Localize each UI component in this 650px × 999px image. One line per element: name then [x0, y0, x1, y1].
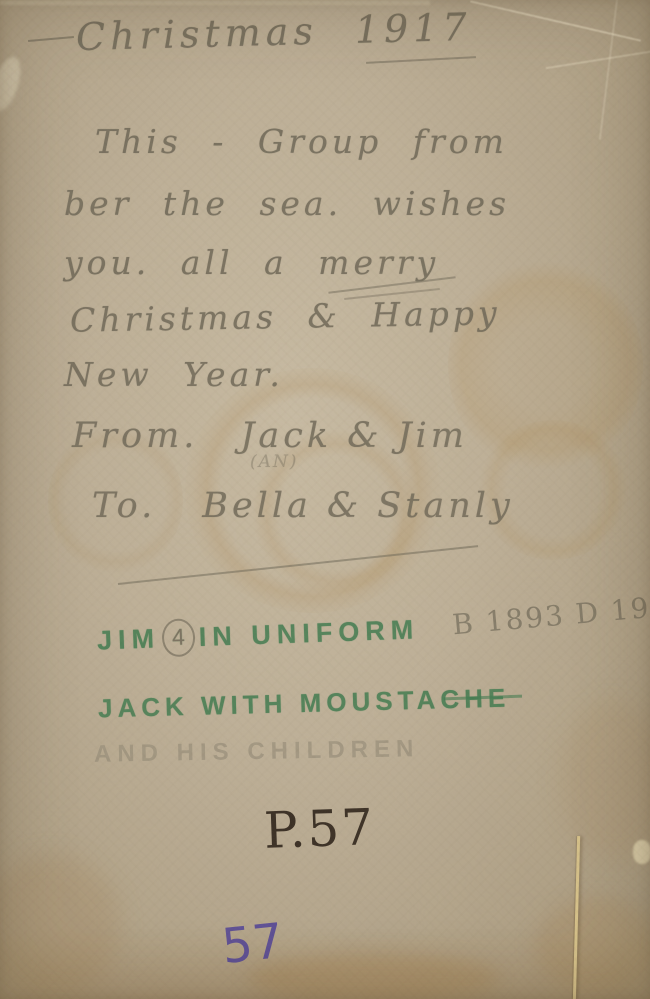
bottom-right-stain — [535, 898, 650, 993]
crease-right-edge — [599, 0, 619, 140]
caption-children-line: AND HIS CHILDREN — [94, 735, 420, 769]
crease-top-right-2 — [546, 49, 650, 69]
water-stain-right — [448, 258, 643, 473]
bottom-left-stain — [0, 855, 120, 995]
from-names: Jack & Jim — [240, 416, 468, 456]
tear-bottom-right — [573, 836, 580, 999]
from-line: From.Jack & Jim — [72, 416, 468, 456]
from-label: From. — [72, 416, 198, 456]
jim-word: JIM — [97, 623, 161, 655]
bottom-stain — [248, 952, 498, 999]
dash-mark — [28, 36, 74, 42]
crease-top-right — [470, 0, 641, 41]
message-line-4: Christmas & Happy — [70, 293, 501, 340]
faint-pencil-note: (AN) — [250, 452, 298, 472]
circled-number: 4 — [161, 618, 195, 657]
title-underline — [366, 56, 476, 64]
title-handwriting: Christmas 1917 — [75, 5, 472, 59]
caption-jack-line: JACK WITH MOUSTACHE — [98, 683, 511, 725]
message-line-2: ber the sea. wishes — [64, 184, 510, 223]
birth-death-dates: B 1893 D 1975 — [451, 588, 650, 642]
edge-wear-top-left — [0, 54, 26, 115]
pencil-divider-line — [118, 545, 478, 585]
message-line-1: This - Group from — [95, 122, 508, 161]
bottom-discoloration — [0, 928, 650, 999]
message-line-3: you. all a merry — [64, 243, 439, 282]
caption-jim-line: JIM4IN UNIFORM — [96, 610, 419, 659]
uniform-words: IN UNIFORM — [198, 614, 419, 652]
to-label: To. — [92, 486, 156, 526]
page-reference: P.57 — [263, 798, 376, 860]
edge-chip-right — [633, 840, 650, 864]
postcard-back: Christmas 1917 This - Group from ber the… — [0, 0, 650, 999]
edge-wear-top — [0, 0, 430, 5]
right-edge-stain — [560, 700, 650, 860]
message-line-5: New Year. — [64, 355, 284, 394]
catalog-number: 57 — [219, 913, 286, 975]
to-names: Bella & Stanly — [202, 486, 514, 526]
to-line: To.Bella & Stanly — [92, 486, 514, 526]
